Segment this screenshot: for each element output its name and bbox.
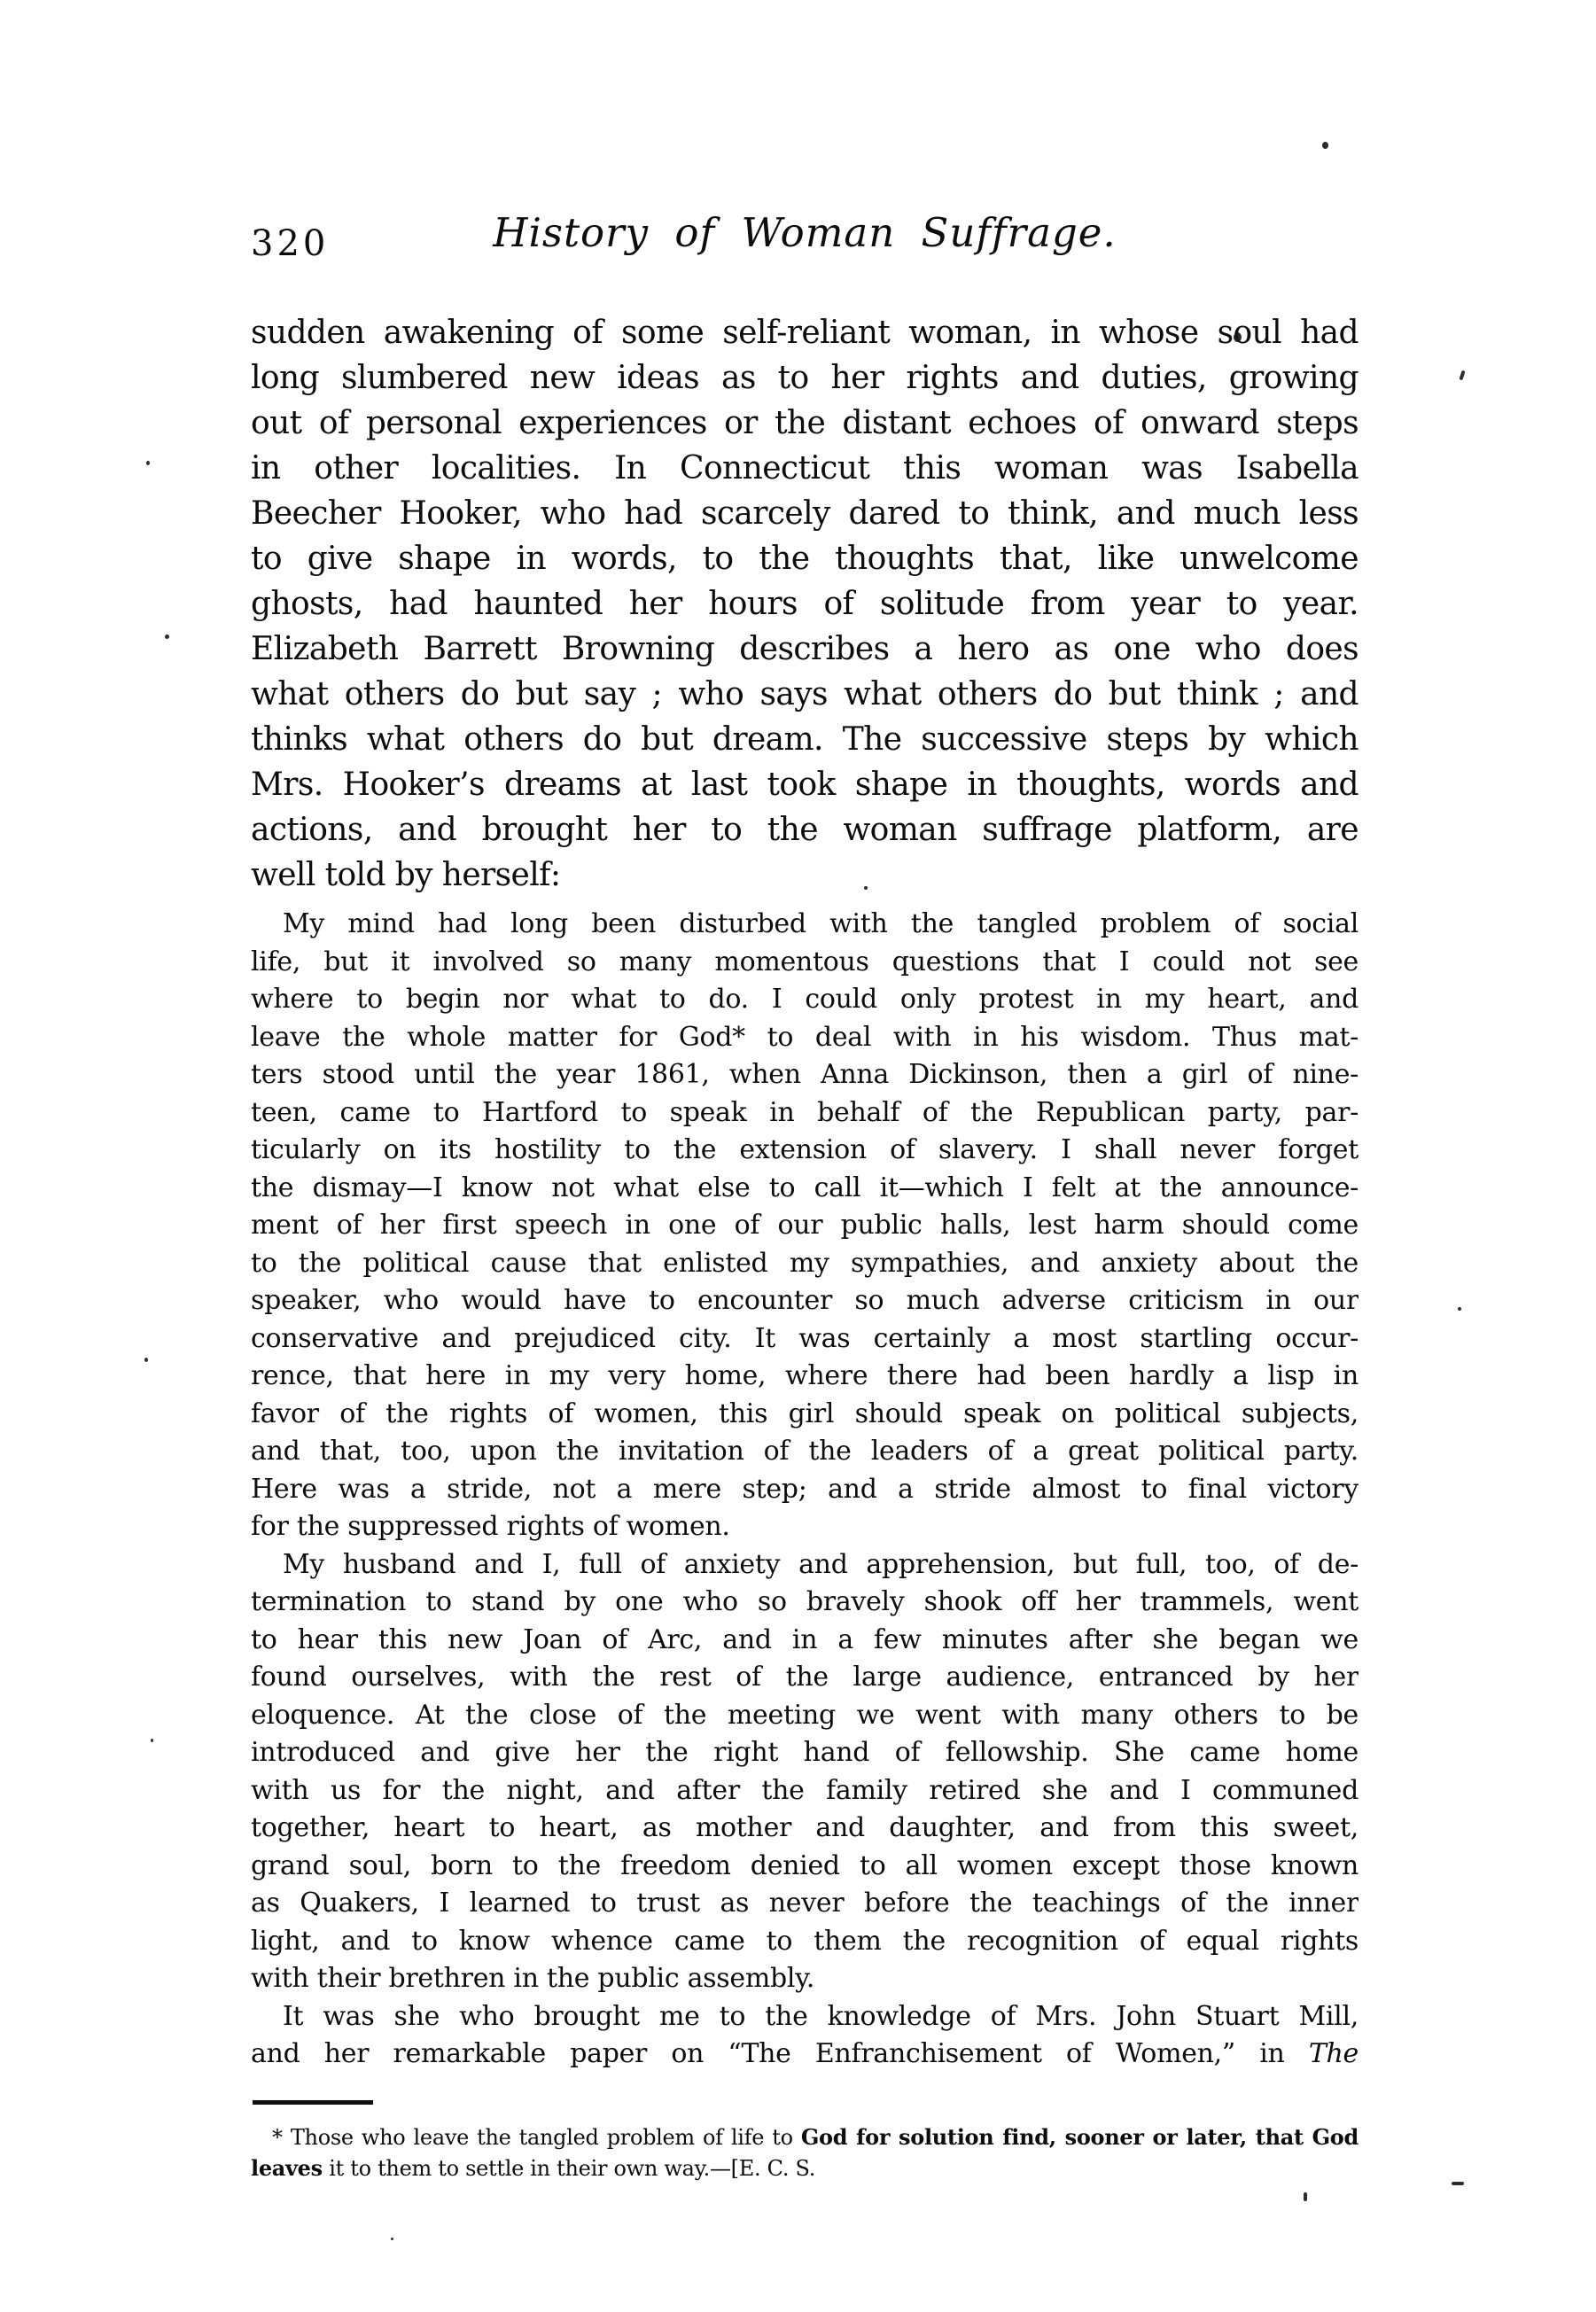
bold-text-segment: leaves <box>251 2155 323 2181</box>
text-segment: it to them to settle in their own way.—[… <box>323 2156 815 2181</box>
scan-speck <box>1458 1307 1461 1311</box>
footnote: * Those who leave the tangled problem of… <box>251 2121 1359 2184</box>
quote-paragraph-3: It was she who brought me to the knowled… <box>251 1998 1359 2074</box>
text-line: found ourselves, with the rest of the la… <box>251 1659 1359 1697</box>
text-line: ghosts, had haunted her hours of solitud… <box>251 581 1359 627</box>
text-line: together, heart to heart, as mother and … <box>251 1810 1359 1848</box>
text-line: to hear this new Joan of Arc, and in a f… <box>251 1622 1359 1660</box>
text-line: thinks what others do but dream. The suc… <box>251 717 1359 762</box>
text-line: with their brethren in the public assemb… <box>251 1960 1359 1998</box>
text-line: leave the whole matter for God* to deal … <box>251 1019 1359 1057</box>
text-line: sudden awakening of some self-reliant wo… <box>251 310 1359 355</box>
scan-speck <box>151 1739 153 1742</box>
text-segment: * Those who leave the tangled problem of… <box>272 2125 801 2150</box>
text-line: and that, too, upon the invitation of th… <box>251 1433 1359 1471</box>
running-head-title: History of Woman Suffrage. <box>251 209 1359 256</box>
quoted-account-block: My mind had long been disturbed with the… <box>251 906 1359 2074</box>
text-line: speaker, who would have to encounter so … <box>251 1282 1359 1320</box>
scan-speck <box>391 2238 393 2240</box>
text-line: Mrs. Hooker’s dreams at last took shape … <box>251 762 1359 807</box>
italic-text-segment: The <box>1309 2038 1359 2069</box>
quote-paragraph-1: My mind had long been disturbed with the… <box>251 906 1359 1546</box>
text-line: life, but it involved so many momentous … <box>251 944 1359 982</box>
scan-speck <box>146 461 150 465</box>
text-line: Beecher Hooker, who had scarcely dared t… <box>251 491 1359 536</box>
text-line: well told by herself: <box>251 852 1359 898</box>
text-line: actions, and brought her to the woman su… <box>251 807 1359 852</box>
text-line: ters stood until the year 1861, when Ann… <box>251 1056 1359 1094</box>
text-line: eloquence. At the close of the meeting w… <box>251 1697 1359 1735</box>
text-line: conservative and prejudiced city. It was… <box>251 1320 1359 1358</box>
scan-speck <box>144 1358 148 1362</box>
bold-text-segment: God for solution find, sooner or later, … <box>801 2124 1359 2150</box>
text-line: in other localities. In Connecticut this… <box>251 446 1359 491</box>
text-line: the dismay—I know not what else to call … <box>251 1170 1359 1208</box>
text-line: grand soul, born to the freedom denied t… <box>251 1848 1359 1886</box>
text-line: long slumbered new ideas as to her right… <box>251 355 1359 401</box>
text-line: rence, that here in my very home, where … <box>251 1358 1359 1396</box>
text-line: as Quakers, I learned to trust as never … <box>251 1885 1359 1923</box>
text-line: light, and to know whence came to them t… <box>251 1923 1359 1961</box>
scan-speck <box>1459 370 1465 381</box>
text-line: It was she who brought me to the knowled… <box>251 1998 1359 2036</box>
text-line: for the suppressed rights of women. <box>251 1508 1359 1546</box>
text-line: My mind had long been disturbed with the… <box>251 906 1359 944</box>
text-line: with us for the night, and after the fam… <box>251 1772 1359 1810</box>
text-line: Here was a stride, not a mere step; and … <box>251 1471 1359 1509</box>
text-line: out of personal experiences or the dista… <box>251 401 1359 446</box>
footnote-divider-rule <box>253 2100 373 2105</box>
text-line: and her remarkable paper on “The Enfranc… <box>251 2036 1359 2074</box>
text-line: teen, came to Hartford to speak in behal… <box>251 1094 1359 1133</box>
text-line: My husband and I, full of anxiety and ap… <box>251 1546 1359 1584</box>
text-line: termination to stand by one who so brave… <box>251 1584 1359 1622</box>
scan-speck <box>1452 2182 1464 2185</box>
scan-speck <box>1234 332 1242 342</box>
book-page-scan: 320 History of Woman Suffrage. sudden aw… <box>0 0 1596 2312</box>
footnote-line: * Those who leave the tangled problem of… <box>251 2121 1359 2152</box>
text-line: ticularly on its hostility to the extens… <box>251 1132 1359 1170</box>
scan-speck <box>864 886 868 890</box>
quote-paragraph-2: My husband and I, full of anxiety and ap… <box>251 1546 1359 1998</box>
scan-speck <box>1322 142 1328 149</box>
text-line: introduced and give her the right hand o… <box>251 1734 1359 1772</box>
text-line: what others do but say ; who says what o… <box>251 672 1359 717</box>
text-line: to give shape in words, to the thoughts … <box>251 536 1359 581</box>
text-line: to the political cause that enlisted my … <box>251 1245 1359 1283</box>
body-paragraph: sudden awakening of some self-reliant wo… <box>251 310 1359 898</box>
scan-speck <box>1304 2192 1307 2201</box>
text-line: where to begin nor what to do. I could o… <box>251 981 1359 1019</box>
text-segment: and her remarkable paper on “The Enfranc… <box>251 2038 1309 2069</box>
text-line: favor of the rights of women, this girl … <box>251 1396 1359 1434</box>
footnote-line: leaves it to them to settle in their own… <box>251 2152 1359 2184</box>
scan-speck <box>165 634 169 639</box>
text-line: Elizabeth Barrett Browning describes a h… <box>251 627 1359 672</box>
text-line: ment of her first speech in one of our p… <box>251 1207 1359 1245</box>
